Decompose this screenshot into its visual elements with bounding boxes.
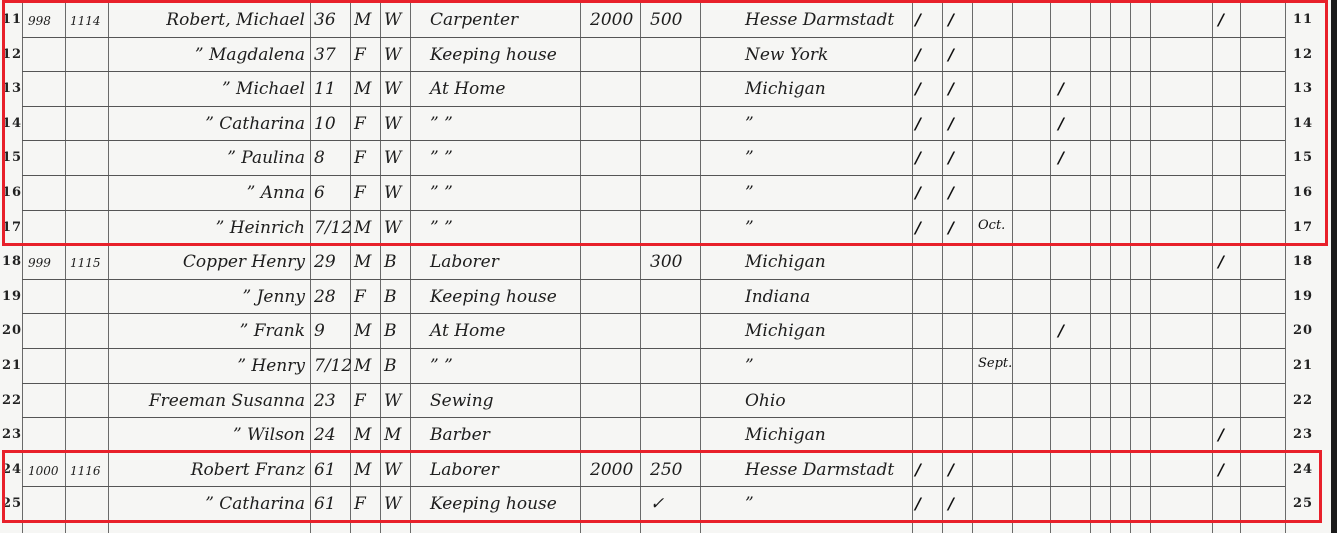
row-divider xyxy=(22,140,1285,141)
line-number-left: 17 xyxy=(2,220,22,235)
row-divider xyxy=(22,383,1285,384)
cell-birthplace: ” xyxy=(745,494,754,514)
cell-name: ” Jenny xyxy=(243,287,305,307)
line-number-left: 12 xyxy=(2,47,22,62)
tally-mark: / xyxy=(1058,148,1064,167)
tally-mark: / xyxy=(915,114,921,133)
row-divider xyxy=(22,452,1285,453)
cell-occupation: Laborer xyxy=(430,252,499,272)
page-edge xyxy=(1331,0,1337,533)
census-row: 2020” Frank9MBAt HomeMichigan/ xyxy=(0,315,1330,349)
cell-color: B xyxy=(384,356,397,376)
cell-name: ” Catharina xyxy=(205,494,305,514)
cell-sex: M xyxy=(354,460,371,480)
cell-age: 10 xyxy=(314,114,336,134)
cell-sex: F xyxy=(354,391,366,411)
cell-birthplace: Michigan xyxy=(745,321,826,341)
line-number-right: 24 xyxy=(1293,462,1313,477)
tally-mark: / xyxy=(1058,114,1064,133)
tally-mark: / xyxy=(1058,321,1064,340)
cell-color: W xyxy=(384,148,401,168)
cell-occupation: ” ” xyxy=(430,356,453,376)
census-row: 1515” Paulina8FW” ””/// xyxy=(0,142,1330,176)
tally-mark: / xyxy=(915,183,921,202)
tally-mark: / xyxy=(1218,10,1224,29)
row-divider xyxy=(22,106,1285,107)
cell-color: W xyxy=(384,79,401,99)
tally-mark: / xyxy=(915,79,921,98)
row-divider xyxy=(22,521,1285,522)
tally-mark: / xyxy=(915,45,921,64)
cell-birthplace: Indiana xyxy=(745,287,810,307)
cell-sex: M xyxy=(354,79,371,99)
cell-sex: M xyxy=(354,218,371,238)
census-row: 2121” Henry7/12MB” ””Sept. xyxy=(0,350,1330,384)
census-row: 1212” Magdalena37FWKeeping houseNew York… xyxy=(0,39,1330,73)
tally-mark: / xyxy=(948,10,954,29)
line-number-left: 23 xyxy=(2,427,22,442)
cell-birthplace: Hesse Darmstadt xyxy=(745,10,894,30)
census-row: 1616” Anna6FW” ””// xyxy=(0,177,1330,211)
tally-mark: / xyxy=(948,494,954,513)
cell-color: B xyxy=(384,252,397,272)
cell-occupation: ” ” xyxy=(430,218,453,238)
cell-color: W xyxy=(384,460,401,480)
cell-sex: M xyxy=(354,356,371,376)
tally-mark: / xyxy=(948,148,954,167)
line-number-right: 18 xyxy=(1293,254,1313,269)
cell-birthplace: ” xyxy=(745,218,754,238)
line-number-left: 25 xyxy=(2,496,22,511)
census-row: 2222Freeman Susanna23FWSewingOhio xyxy=(0,385,1330,419)
census-row: 1717” Heinrich7/12MW” ””//Oct. xyxy=(0,212,1330,246)
line-number-left: 19 xyxy=(2,289,22,304)
row-divider xyxy=(22,348,1285,349)
row-divider xyxy=(22,175,1285,176)
cell-name: ” Catharina xyxy=(205,114,305,134)
cell-birthplace: Michigan xyxy=(745,252,826,272)
census-row: 1919” Jenny28FBKeeping houseIndiana xyxy=(0,281,1330,315)
tally-mark: / xyxy=(948,183,954,202)
cell-color: B xyxy=(384,287,397,307)
line-number-left: 16 xyxy=(2,185,22,200)
cell-family: 1114 xyxy=(70,14,101,28)
cell-sex: F xyxy=(354,287,366,307)
cell-color: W xyxy=(384,218,401,238)
cell-sex: F xyxy=(354,494,366,514)
cell-age: 7/12 xyxy=(314,218,352,238)
tally-mark: / xyxy=(1058,79,1064,98)
cell-real-estate: 2000 xyxy=(590,10,633,30)
row-divider xyxy=(22,417,1285,418)
cell-age: 36 xyxy=(314,10,336,30)
cell-name: Robert, Michael xyxy=(166,10,305,30)
cell-age: 11 xyxy=(314,79,336,99)
cell-birthplace: Michigan xyxy=(745,79,826,99)
cell-personal-estate: 300 xyxy=(650,252,682,272)
cell-sex: M xyxy=(354,425,371,445)
tally-mark: / xyxy=(948,460,954,479)
cell-family: 1115 xyxy=(70,256,101,270)
cell-age: 24 xyxy=(314,425,336,445)
cell-age: 29 xyxy=(314,252,336,272)
cell-sex: M xyxy=(354,252,371,272)
cell-dwelling: 998 xyxy=(28,14,51,28)
cell-sex: M xyxy=(354,10,371,30)
cell-birthplace: ” xyxy=(745,148,754,168)
cell-age: 23 xyxy=(314,391,336,411)
cell-color: W xyxy=(384,114,401,134)
tally-mark: / xyxy=(1218,252,1224,271)
census-row: 1313” Michael11MWAt HomeMichigan/// xyxy=(0,73,1330,107)
line-number-right: 15 xyxy=(1293,150,1313,165)
cell-personal-estate: ✓ xyxy=(650,494,664,514)
line-number-right: 21 xyxy=(1293,358,1313,373)
cell-birthplace: ” xyxy=(745,183,754,203)
cell-birthplace: Hesse Darmstadt xyxy=(745,460,894,480)
cell-age: 61 xyxy=(314,494,336,514)
cell-dwelling: 999 xyxy=(28,256,51,270)
cell-family: 1116 xyxy=(70,464,101,478)
cell-color: M xyxy=(384,425,401,445)
cell-age: 9 xyxy=(314,321,325,341)
tally-mark: / xyxy=(948,45,954,64)
tally-mark: / xyxy=(1218,460,1224,479)
line-number-left: 15 xyxy=(2,150,22,165)
cell-occupation: Barber xyxy=(430,425,490,445)
cell-color: W xyxy=(384,10,401,30)
line-number-right: 22 xyxy=(1293,393,1313,408)
cell-color: W xyxy=(384,45,401,65)
census-sheet: 11119981114Robert, Michael36MWCarpenter2… xyxy=(0,0,1337,533)
cell-sex: F xyxy=(354,45,366,65)
cell-occupation: Laborer xyxy=(430,460,499,480)
line-number-left: 11 xyxy=(2,12,22,27)
row-divider xyxy=(22,313,1285,314)
cell-personal-estate: 500 xyxy=(650,10,682,30)
row-divider xyxy=(22,244,1285,245)
line-number-right: 14 xyxy=(1293,116,1313,131)
tally-mark: / xyxy=(948,218,954,237)
cell-name: ” Henry xyxy=(237,356,305,376)
census-row: 18189991115Copper Henry29MBLaborer300Mic… xyxy=(0,246,1330,280)
cell-occupation: Sewing xyxy=(430,391,494,411)
cell-name: ” Frank xyxy=(240,321,305,341)
cell-name: Freeman Susanna xyxy=(149,391,305,411)
cell-birthplace: ” xyxy=(745,356,754,376)
month-born-note: Oct. xyxy=(978,218,1005,233)
cell-birthplace: New York xyxy=(745,45,828,65)
cell-sex: F xyxy=(354,183,366,203)
cell-occupation: ” ” xyxy=(430,148,453,168)
cell-occupation: At Home xyxy=(430,79,505,99)
line-number-right: 16 xyxy=(1293,185,1313,200)
census-row: 11119981114Robert, Michael36MWCarpenter2… xyxy=(0,4,1330,38)
cell-name: ” Wilson xyxy=(233,425,305,445)
line-number-right: 19 xyxy=(1293,289,1313,304)
cell-occupation: At Home xyxy=(430,321,505,341)
cell-name: ” Heinrich xyxy=(216,218,305,238)
cell-birthplace: Michigan xyxy=(745,425,826,445)
row-divider xyxy=(22,486,1285,487)
tally-mark: / xyxy=(915,494,921,513)
tally-mark: / xyxy=(915,10,921,29)
tally-mark: / xyxy=(915,148,921,167)
cell-real-estate: 2000 xyxy=(590,460,633,480)
line-number-left: 22 xyxy=(2,393,22,408)
census-row: 2525” Catharina61FWKeeping house✓”// xyxy=(0,488,1330,522)
cell-dwelling: 1000 xyxy=(28,464,59,478)
cell-name: Copper Henry xyxy=(183,252,305,272)
cell-name: ” Michael xyxy=(222,79,305,99)
census-row: 1414” Catharina10FW” ””/// xyxy=(0,108,1330,142)
cell-color: W xyxy=(384,391,401,411)
line-number-left: 18 xyxy=(2,254,22,269)
cell-sex: F xyxy=(354,114,366,134)
line-number-left: 20 xyxy=(2,323,22,338)
cell-color: W xyxy=(384,494,401,514)
cell-name: ” Anna xyxy=(247,183,305,203)
tally-mark: / xyxy=(948,114,954,133)
cell-occupation: ” ” xyxy=(430,114,453,134)
line-number-right: 13 xyxy=(1293,81,1313,96)
line-number-left: 14 xyxy=(2,116,22,131)
line-number-right: 20 xyxy=(1293,323,1313,338)
row-divider xyxy=(22,37,1285,38)
line-number-right: 11 xyxy=(1293,12,1313,27)
line-number-right: 23 xyxy=(1293,427,1313,442)
line-number-left: 13 xyxy=(2,81,22,96)
tally-mark: / xyxy=(948,79,954,98)
cell-age: 6 xyxy=(314,183,325,203)
cell-sex: F xyxy=(354,148,366,168)
line-number-left: 24 xyxy=(2,462,22,477)
cell-birthplace: ” xyxy=(745,114,754,134)
line-number-right: 12 xyxy=(1293,47,1313,62)
line-number-right: 25 xyxy=(1293,496,1313,511)
row-divider xyxy=(22,71,1285,72)
cell-birthplace: Ohio xyxy=(745,391,786,411)
cell-age: 37 xyxy=(314,45,336,65)
census-row: 2323” Wilson24MMBarberMichigan/ xyxy=(0,419,1330,453)
cell-name: ” Paulina xyxy=(227,148,305,168)
cell-occupation: Keeping house xyxy=(430,45,557,65)
tally-mark: / xyxy=(1218,425,1224,444)
cell-name: Robert Franz xyxy=(191,460,305,480)
cell-occupation: Keeping house xyxy=(430,494,557,514)
cell-age: 8 xyxy=(314,148,325,168)
cell-age: 7/12 xyxy=(314,356,352,376)
cell-color: W xyxy=(384,183,401,203)
cell-age: 61 xyxy=(314,460,336,480)
month-born-note: Sept. xyxy=(978,356,1012,371)
cell-sex: M xyxy=(354,321,371,341)
row-divider xyxy=(22,279,1285,280)
tally-mark: / xyxy=(915,218,921,237)
cell-age: 28 xyxy=(314,287,336,307)
line-number-right: 17 xyxy=(1293,220,1313,235)
cell-color: B xyxy=(384,321,397,341)
line-number-left: 21 xyxy=(2,358,22,373)
cell-occupation: Keeping house xyxy=(430,287,557,307)
cell-occupation: ” ” xyxy=(430,183,453,203)
row-divider xyxy=(22,210,1285,211)
cell-occupation: Carpenter xyxy=(430,10,518,30)
tally-mark: / xyxy=(915,460,921,479)
cell-name: ” Magdalena xyxy=(195,45,305,65)
census-row: 242410001116Robert Franz61MWLaborer20002… xyxy=(0,454,1330,488)
cell-personal-estate: 250 xyxy=(650,460,682,480)
